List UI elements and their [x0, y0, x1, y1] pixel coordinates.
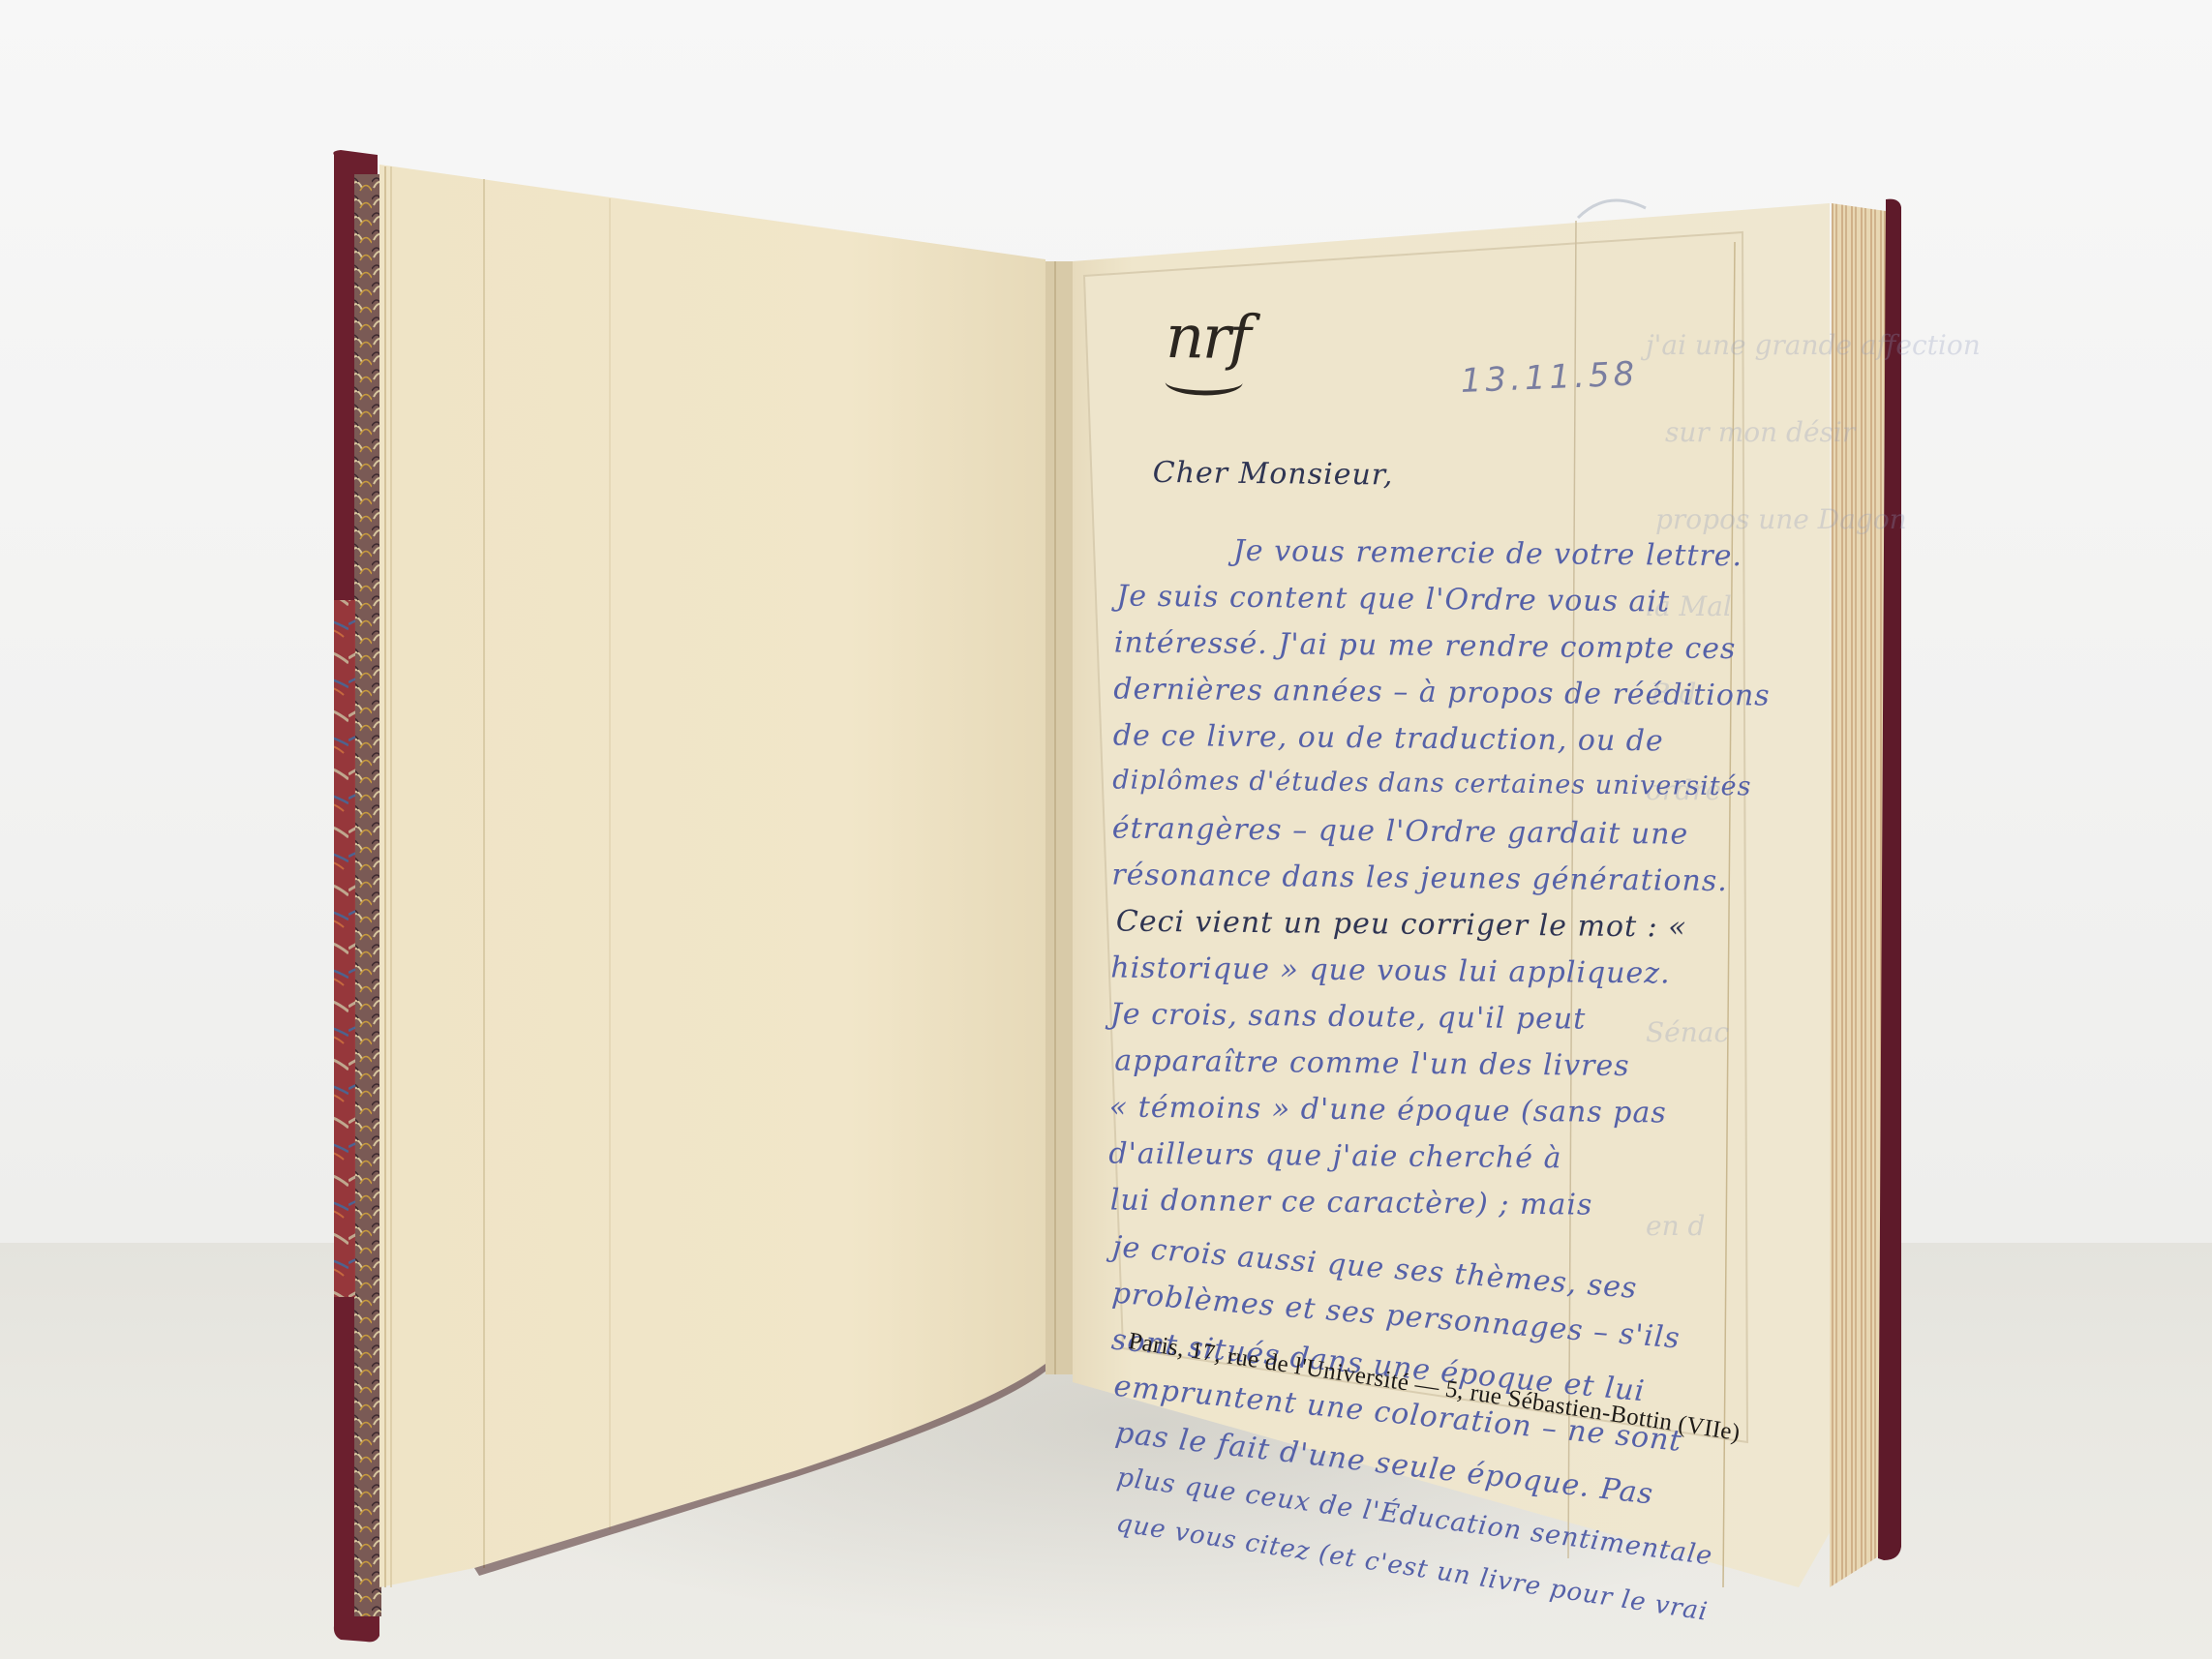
letter-line: d'ailleurs que j'aie cherché à	[1108, 1136, 1561, 1175]
letter-line: Ceci vient un peu corriger le mot : «	[1116, 905, 1687, 945]
letter-line: dernières années – à propos de réédition…	[1113, 673, 1771, 713]
letter-line: Je suis content que l'Ordre vous ait	[1116, 580, 1670, 619]
nrf-logo-swash	[1166, 369, 1243, 396]
letter-line: diplômes d'études dans certaines univers…	[1112, 765, 1751, 801]
letter-line: historique » que vous lui appliquez.	[1110, 950, 1671, 990]
letter-date: 13.11.58	[1460, 354, 1639, 401]
salutation: Cher Monsieur,	[1153, 456, 1394, 493]
left-page	[379, 165, 1050, 1587]
letter-line: « témoins » d'une époque (sans pas	[1109, 1090, 1667, 1130]
letter-line: apparaître comme l'un des livres	[1114, 1044, 1630, 1084]
letter-line: lui donner ce caractère) ; mais	[1110, 1183, 1593, 1222]
letter-line: Je vous remercie de votre lettre.	[1233, 534, 1743, 574]
letter-line: résonance dans les jeunes générations.	[1111, 858, 1728, 898]
page-edges	[1830, 203, 1888, 1587]
handwritten-letter: nrf 13.11.58 Cher Monsieur, Je vous reme…	[1057, 261, 1709, 1430]
letter-line: Je crois, sans doute, qu'il peut	[1110, 997, 1587, 1036]
letter-line: étrangères – que l'Ordre gardait une	[1112, 811, 1689, 851]
left-marbled-endpaper	[354, 174, 381, 1616]
letter-line: intéressé. J'ai pu me rendre compte ces	[1114, 626, 1737, 667]
letter-line: de ce livre, ou de traduction, ou de	[1113, 718, 1664, 758]
nrf-letterhead-logo: nrf	[1166, 301, 1250, 373]
